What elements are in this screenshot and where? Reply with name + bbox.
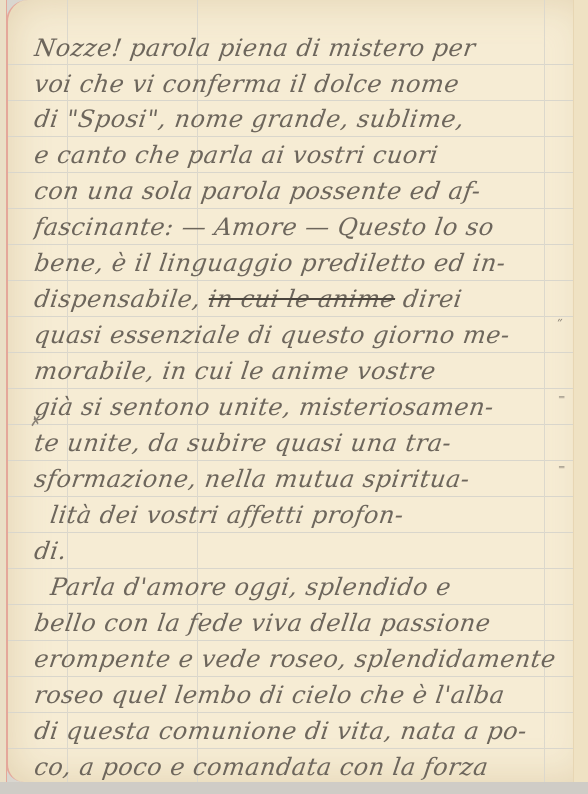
text-line: già si sentono unite, misteriosamen- [32, 389, 575, 425]
text-line: morabile, in cui le anime vostre [32, 353, 575, 389]
text-line: di. [32, 533, 575, 569]
text-line: quasi essenziale di questo giorno me- [32, 317, 575, 353]
text-line: di "Sposi", nome grande, sublime, [32, 101, 575, 137]
margin-mark: ⁼ [558, 392, 565, 408]
margin-mark: ✗ [30, 414, 42, 430]
page-bottom-shadow [0, 782, 588, 794]
text-line: lità dei vostri affetti profon- [48, 497, 575, 533]
text-line: erompente e vede roseo, splendidamente [32, 641, 575, 677]
text-line: te unite, da subire quasi una tra- [32, 425, 575, 461]
text-line: Nozze! parola piena di mistero per [32, 30, 575, 66]
margin-mark: ˝ [556, 318, 563, 334]
text-line: bello con la fede viva della passione [32, 605, 575, 641]
text-line: di questa comunione di vita, nata a po- [32, 713, 575, 749]
text-line: e canto che parla ai vostri cuori [32, 137, 575, 173]
text-line: roseo quel lembo di cielo che è l'alba [32, 677, 575, 713]
text-segment: direi [393, 285, 464, 313]
text-line: voi che vi conferma il dolce nome [32, 66, 575, 102]
margin-mark: ⁼ [558, 462, 565, 478]
text-line: dispensabile, in cui le anime direi [32, 281, 575, 317]
text-line: co, a poco e comandata con la forza [32, 749, 575, 782]
notebook-page: Nozze! parola piena di mistero per voi c… [6, 0, 588, 782]
text-line: Parla d'amore oggi, splendido e [48, 569, 575, 605]
text-line: fascinante: — Amore — Questo lo so [32, 209, 575, 245]
handwritten-text: Nozze! parola piena di mistero per voi c… [8, 0, 588, 782]
text-line: sformazione, nella mutua spiritua- [32, 461, 575, 497]
text-segment: dispensabile, [33, 285, 211, 313]
text-line: bene, è il linguaggio prediletto ed in- [32, 245, 575, 281]
struck-text: in cui le anime [207, 285, 397, 313]
text-line: con una sola parola possente ed af- [32, 173, 575, 209]
